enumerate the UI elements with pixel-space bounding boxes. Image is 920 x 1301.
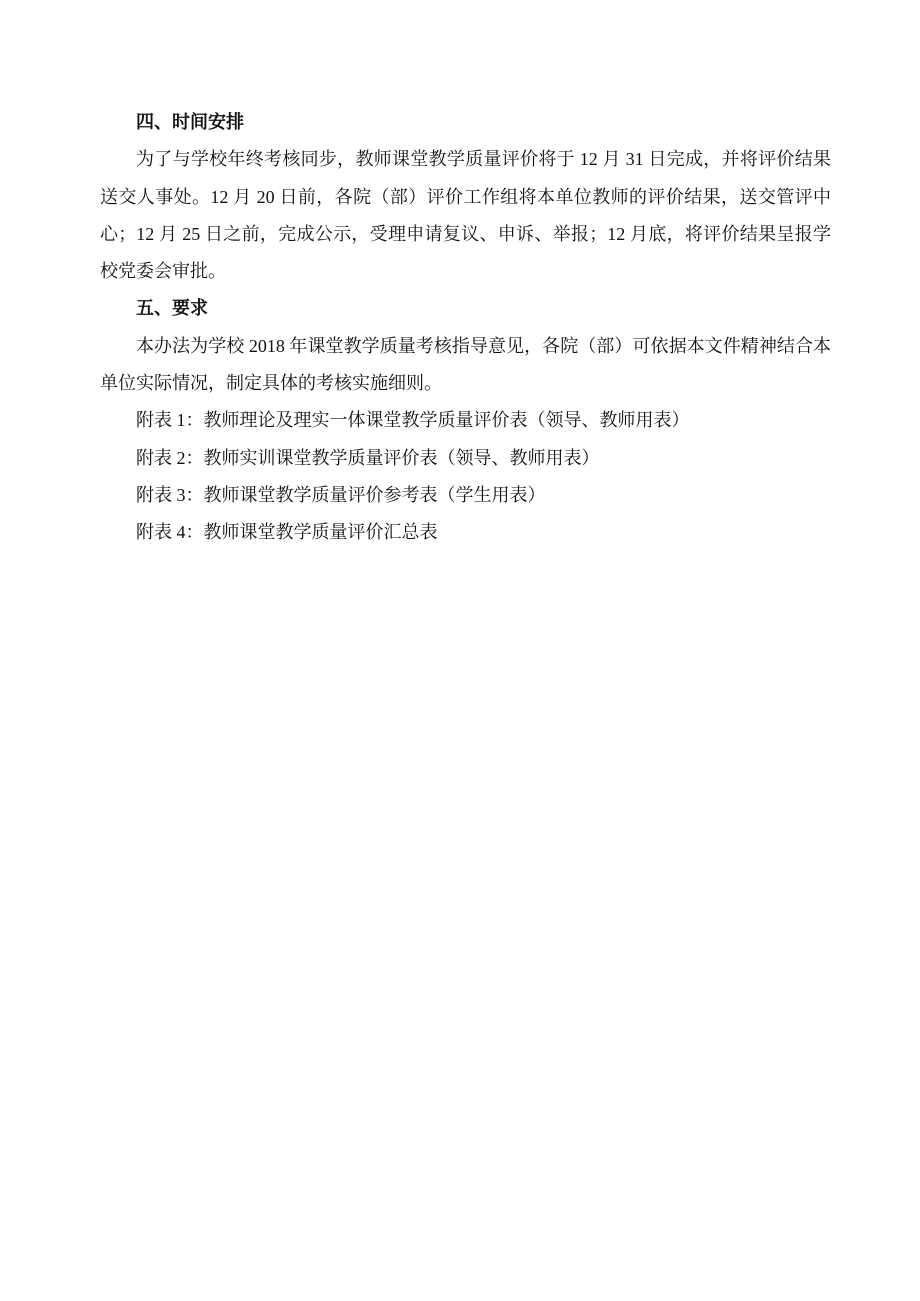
paragraph-time-schedule: 为了与学校年终考核同步，教师课堂教学质量评价将于 12 月 31 日完成，并将评… <box>100 141 831 290</box>
attachment-item-2: 附表 2：教师实训课堂教学质量评价表（领导、教师用表） <box>100 440 831 477</box>
document-content: 四、时间安排 为了与学校年终考核同步，教师课堂教学质量评价将于 12 月 31 … <box>100 104 831 552</box>
document-page: 四、时间安排 为了与学校年终考核同步，教师课堂教学质量评价将于 12 月 31 … <box>0 0 920 1301</box>
attachment-item-1: 附表 1：教师理论及理实一体课堂教学质量评价表（领导、教师用表） <box>100 402 831 439</box>
attachment-item-3: 附表 3：教师课堂教学质量评价参考表（学生用表） <box>100 477 831 514</box>
section-heading-time-schedule: 四、时间安排 <box>100 104 831 141</box>
section-heading-requirements: 五、要求 <box>100 290 831 327</box>
attachment-item-4: 附表 4：教师课堂教学质量评价汇总表 <box>100 514 831 551</box>
paragraph-requirements: 本办法为学校 2018 年课堂教学质量考核指导意见，各院（部）可依据本文件精神结… <box>100 328 831 403</box>
